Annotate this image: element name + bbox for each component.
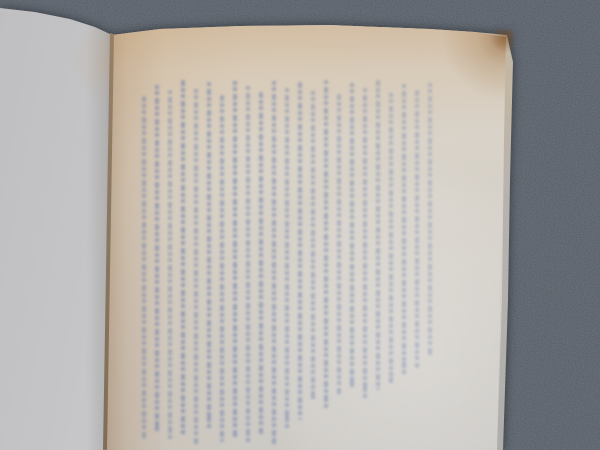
faint-text-column bbox=[285, 88, 289, 430]
faint-text-column bbox=[311, 90, 315, 400]
faint-text-column bbox=[428, 82, 432, 356]
faint-text-column bbox=[220, 95, 224, 442]
faint-text-column bbox=[233, 80, 237, 438]
faint-text-column bbox=[363, 88, 367, 400]
book-photograph bbox=[0, 0, 600, 450]
faint-text-column bbox=[181, 80, 185, 437]
faint-text-column bbox=[155, 84, 159, 432]
faint-text-column bbox=[272, 80, 276, 445]
faint-text-column bbox=[298, 82, 302, 420]
faint-text-column bbox=[142, 96, 146, 440]
faint-text-column bbox=[259, 92, 263, 436]
faint-text-column bbox=[246, 86, 250, 444]
faint-text-column bbox=[389, 92, 393, 384]
faint-text-column bbox=[194, 88, 198, 445]
faint-text-column bbox=[376, 80, 380, 390]
faint-text-column bbox=[168, 90, 172, 441]
faint-text-column bbox=[207, 82, 211, 430]
faint-text-column bbox=[402, 84, 406, 376]
faint-text-column bbox=[415, 90, 419, 368]
faint-text-column bbox=[324, 80, 328, 410]
faint-text-columns bbox=[0, 0, 600, 450]
faint-text-column bbox=[337, 94, 341, 396]
open-book bbox=[0, 0, 600, 450]
faint-text-column bbox=[350, 82, 354, 388]
